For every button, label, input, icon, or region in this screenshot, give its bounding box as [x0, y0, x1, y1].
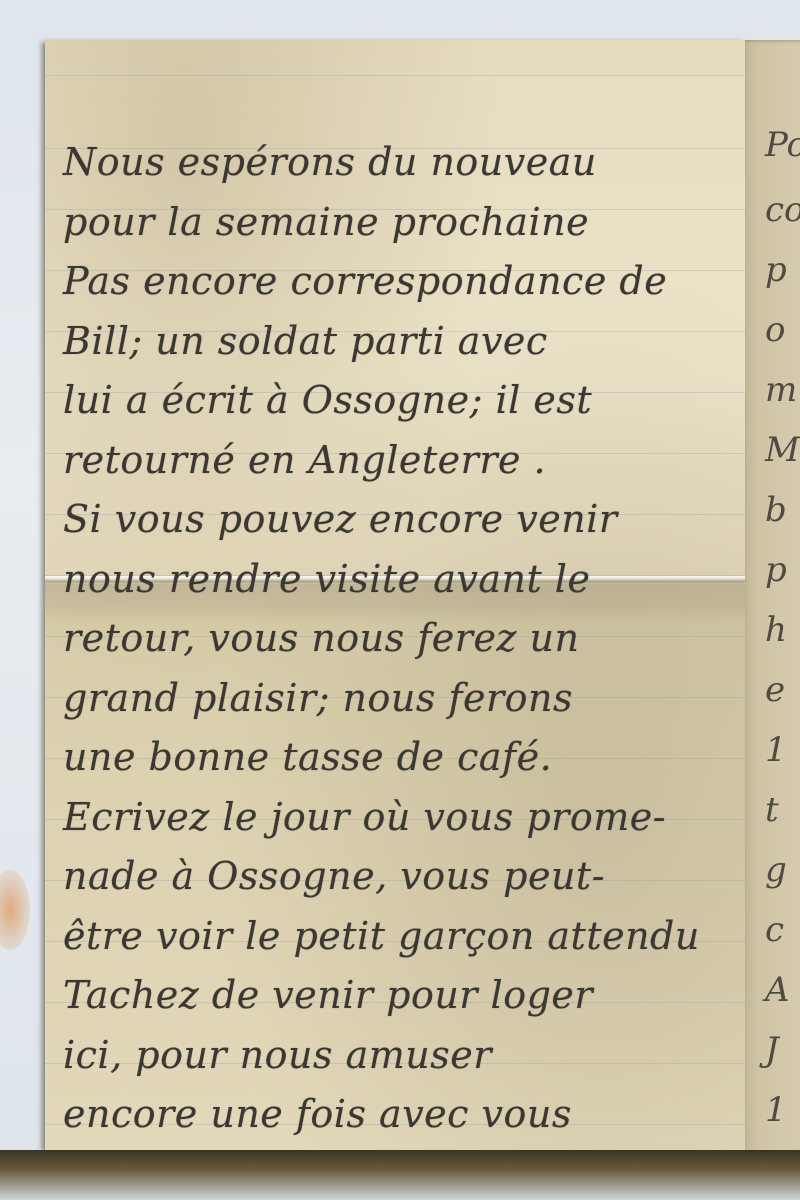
text-line: lui a écrit à Ossogne; il est	[63, 370, 753, 430]
right-page-fragment: c	[765, 910, 784, 950]
text-line: pour la semaine prochaine	[63, 192, 753, 252]
right-page-fragment: Po	[765, 125, 800, 165]
text-line: nous rendre visite avant le	[63, 549, 753, 609]
text-line: Ecrivez le jour où vous prome-	[63, 787, 753, 847]
right-page-fragment: h	[765, 610, 787, 650]
right-page-fragment: 1	[765, 1090, 787, 1130]
text-line: Si vous pouvez encore venir	[63, 489, 753, 549]
right-page-fragment: J	[765, 1030, 779, 1070]
text-line: Bill; un soldat parti avec	[63, 311, 753, 371]
right-page-fragment: m	[765, 370, 797, 410]
rust-stain	[0, 870, 30, 950]
text-line: retourné en Angleterre .	[63, 430, 753, 490]
right-page-fragment: A	[765, 970, 790, 1010]
bottom-shadow	[0, 1150, 800, 1200]
text-line: ici, pour nous amuser	[63, 1025, 753, 1085]
text-line: Nous espérons du nouveau	[63, 132, 753, 192]
text-line: Tachez de venir pour loger	[63, 965, 753, 1025]
text-line: une bonne tasse de café.	[63, 727, 753, 787]
right-page-fragment: o	[765, 310, 785, 350]
text-line: être voir le petit garçon attendu	[63, 906, 753, 966]
text-line: nade à Ossogne, vous peut-	[63, 846, 753, 906]
handwritten-text-block: Nous espérons du nouveau pour la semaine…	[63, 132, 753, 1144]
right-page-fragment: p	[765, 550, 787, 590]
right-page-fragment: co	[765, 190, 800, 230]
right-page-fragment: p	[765, 250, 787, 290]
text-line: encore une fois avec vous	[63, 1084, 753, 1144]
text-line: retour, vous nous ferez un	[63, 608, 753, 668]
right-page-fragment: g	[765, 850, 787, 890]
right-page-fragment: M	[765, 430, 800, 470]
text-line: grand plaisir; nous ferons	[63, 668, 753, 728]
right-page-fragment: 1	[765, 730, 787, 770]
right-page-fragment: e	[765, 670, 785, 710]
right-page-fragment: b	[765, 490, 787, 530]
letter-page: Nous espérons du nouveau pour la semaine…	[45, 40, 745, 1150]
text-line: Pas encore correspondance de	[63, 251, 753, 311]
right-page-fragment: t	[765, 790, 779, 830]
